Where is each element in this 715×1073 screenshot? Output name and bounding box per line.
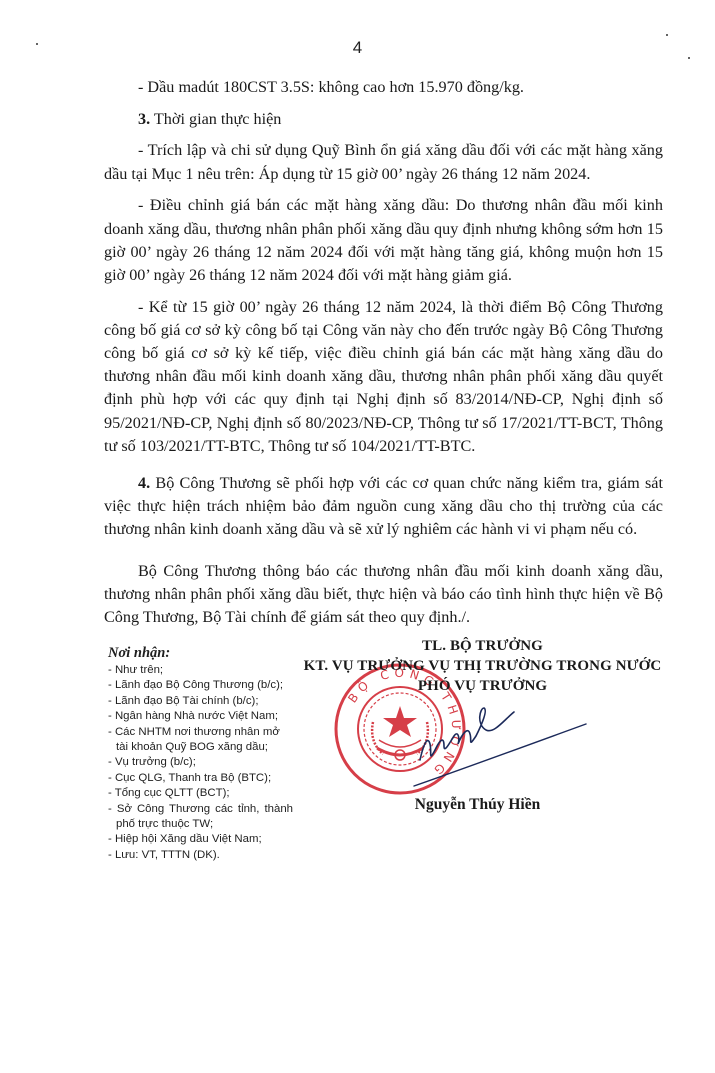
- signature-title-department: KT. VỤ TRƯỞNG VỤ THỊ TRƯỜNG TRONG NƯỚC: [290, 656, 675, 676]
- scan-speck: [666, 34, 668, 36]
- section-3-title: Thời gian thực hiện: [154, 110, 281, 128]
- recipient-item: - Lãnh đạo Bộ Công Thương (b/c);: [108, 678, 293, 693]
- section-3-number: 3.: [138, 110, 150, 128]
- section-3-paragraph-price-adjustment: - Điều chỉnh giá bán các mặt hàng xăng d…: [104, 194, 663, 287]
- signer-name: Nguyễn Thúy Hiền: [290, 796, 665, 814]
- section-3-paragraph-effective-period: - Kể từ 15 giờ 00’ ngày 26 tháng 12 năm …: [104, 296, 663, 458]
- recipient-item: - Lãnh đạo Bộ Tài chính (b/c);: [108, 694, 293, 709]
- section-3-heading: 3. Thời gian thực hiện: [104, 108, 663, 131]
- recipient-item: - Ngân hàng Nhà nước Việt Nam;: [108, 709, 293, 724]
- section-3-paragraph-fund: - Trích lập và chi sử dụng Quỹ Bình ổn g…: [104, 139, 663, 185]
- signature-title-minister: TL. BỘ TRƯỞNG: [290, 636, 675, 656]
- page-number: 4: [0, 38, 715, 58]
- section-4-paragraph: 4. Bộ Công Thương sẽ phối hợp với các cơ…: [104, 472, 663, 542]
- signature-block: TL. BỘ TRƯỞNG KT. VỤ TRƯỞNG VỤ THỊ TRƯỜN…: [290, 636, 675, 696]
- recipient-item: - Tổng cục QLTT (BCT);: [108, 786, 293, 801]
- scan-speck: [688, 57, 690, 59]
- recipients-heading: Nơi nhận:: [108, 644, 293, 662]
- recipients-list: - Như trên; - Lãnh đạo Bộ Công Thương (b…: [108, 663, 293, 863]
- section-4-text: Bộ Công Thương sẽ phối hợp với các cơ qu…: [104, 474, 663, 538]
- recipient-item: - Vụ trưởng (b/c);: [108, 755, 293, 770]
- recipients-block: Nơi nhận: - Như trên; - Lãnh đạo Bộ Công…: [108, 644, 293, 863]
- recipient-item: - Như trên;: [108, 663, 293, 678]
- scan-speck: [36, 43, 38, 45]
- recipient-item: - Các NHTM nơi thương nhân mở tài khoản …: [108, 725, 293, 756]
- recipient-item: - Hiệp hội Xăng dầu Việt Nam;: [108, 832, 293, 847]
- closing-paragraph: Bộ Công Thương thông báo các thương nhân…: [104, 560, 663, 630]
- recipient-item: - Cục QLG, Thanh tra Bộ (BTC);: [108, 771, 293, 786]
- fuel-oil-price-line: - Dầu madút 180CST 3.5S: không cao hơn 1…: [104, 76, 663, 99]
- recipient-item: - Lưu: VT, TTTN (DK).: [108, 848, 293, 863]
- section-4-number: 4.: [138, 474, 150, 492]
- document-body: - Dầu madút 180CST 3.5S: không cao hơn 1…: [104, 76, 663, 638]
- recipient-item: - Sở Công Thương các tỉnh, thành phố trự…: [108, 802, 293, 833]
- handwritten-signature-icon: [410, 690, 590, 790]
